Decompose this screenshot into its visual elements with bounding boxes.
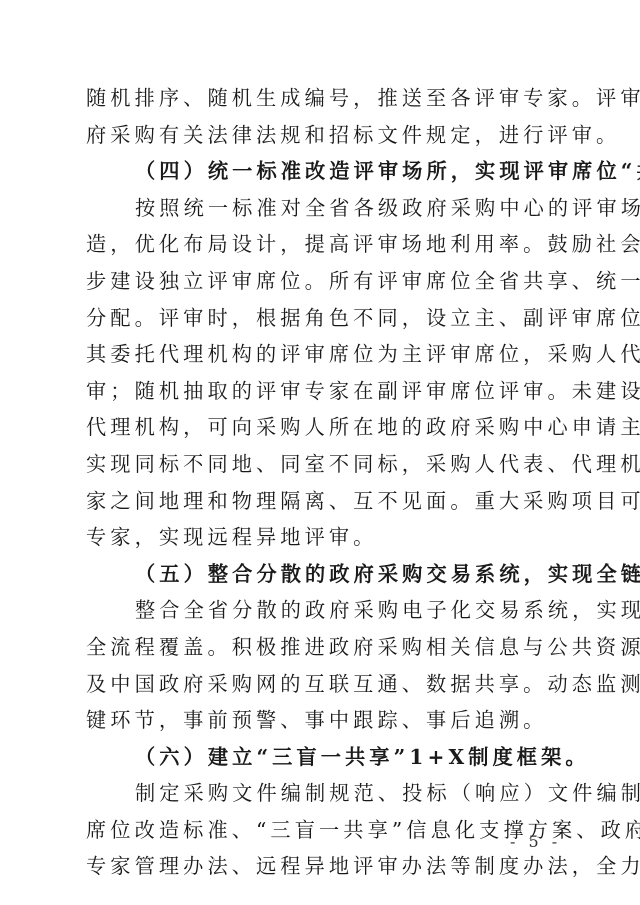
body-line: 专家管理办法、远程异地评审办法等制度办法，全力推进“三盲 bbox=[86, 852, 556, 889]
body-line: 随机排序、随机生成编号，推送至各评审专家。评审专家依据政 bbox=[86, 84, 556, 121]
page-number: - 5 - bbox=[510, 832, 561, 851]
section-heading-4: （四）统一标准改造评审场所，实现评审席位“共享”。 bbox=[86, 157, 556, 194]
body-line: 实现同标不同地、同室不同标，采购人代表、代理机构和评审专 bbox=[86, 450, 556, 487]
body-line: 家之间地理和物理隔离、互不见面。重大采购项目可以选取外省 bbox=[86, 487, 556, 524]
body-line: 席位改造标准、“三盲一共享”信息化支撑方案、政府采购评审 bbox=[86, 816, 556, 853]
body-line: 代理机构，可向采购人所在地的政府采购中心申请主评审席位。 bbox=[86, 413, 556, 450]
section-heading-5: （五）整合分散的政府采购交易系统，实现全链条封闭运行。 bbox=[86, 560, 556, 597]
body-line: 整合全省分散的政府采购电子化交易系统，实现规则统一、 bbox=[86, 596, 556, 633]
document-page: 随机排序、随机生成编号，推送至各评审专家。评审专家依据政 府采购有关法律法规和招… bbox=[86, 84, 556, 889]
body-line: 及中国政府采购网的互联互通、数据共享。动态监测政府采购关 bbox=[86, 670, 556, 707]
body-line: 府采购有关法律法规和招标文件规定，进行评审。 bbox=[86, 121, 556, 158]
body-line: 审；随机抽取的评审专家在副评审席位评审。未建设评审席位的 bbox=[86, 377, 556, 414]
body-line: 造，优化布局设计，提高评审场地利用率。鼓励社会代理机构同 bbox=[86, 230, 556, 267]
body-line: 分配。评审时，根据角色不同，设立主、副评审席位，采购人或 bbox=[86, 304, 556, 341]
body-line: 按照统一标准对全省各级政府采购中心的评审场所进行改 bbox=[86, 194, 556, 231]
section-heading-6: （六）建立“三盲一共享”1+X制度框架。 bbox=[86, 743, 556, 780]
body-line: 键环节，事前预警、事中跟踪、事后追溯。 bbox=[86, 706, 556, 743]
body-line: 制定采购文件编制规范、投标（响应）文件编制规范、评审 bbox=[86, 779, 556, 816]
body-line: 其委托代理机构的评审席位为主评审席位，采购人代表在此评 bbox=[86, 340, 556, 377]
body-line: 专家，实现远程异地评审。 bbox=[86, 523, 556, 560]
body-line: 全流程覆盖。积极推进政府采购相关信息与公共资源交易平台以 bbox=[86, 633, 556, 670]
body-line: 步建设独立评审席位。所有评审席位全省共享、统一编号、智能 bbox=[86, 267, 556, 304]
